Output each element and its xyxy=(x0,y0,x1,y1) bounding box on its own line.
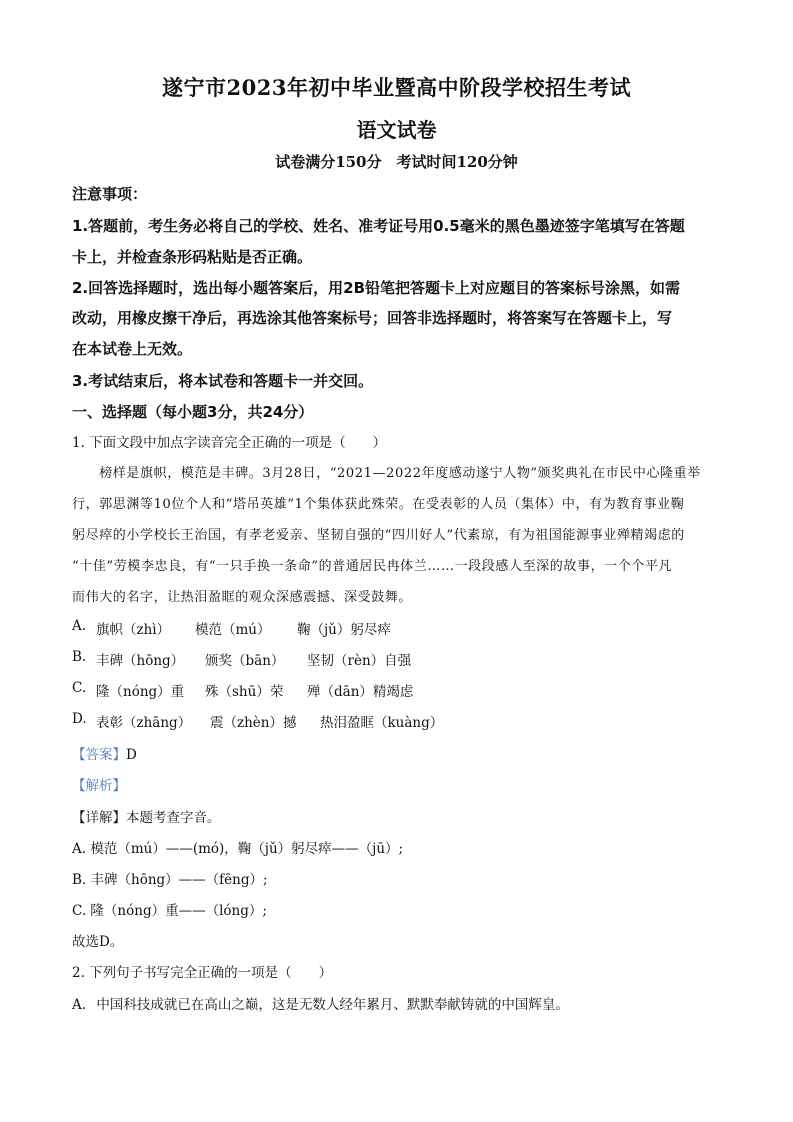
passage-line: 行，郭思渊等10位个人和“塔吊英雄”1个集体获此殊荣。在受表彰的人员（集体）中，… xyxy=(72,493,684,512)
option-item: 模范（mú） xyxy=(195,618,271,638)
option-label: D. xyxy=(72,711,87,727)
question-1-stem: 1. 下面文段中加点字读音完全正确的一项是（ ） xyxy=(72,431,386,451)
detail-line: C. 隆（nóng）重——（lóng）; xyxy=(72,899,267,919)
option-label: B. xyxy=(72,649,86,665)
option-label: A. xyxy=(72,618,86,634)
option-item: 旗帜（zhì） xyxy=(96,618,170,638)
detail-line: B. 丰碑（hōng）——（fēng）; xyxy=(72,868,268,888)
passage-line: “十佳”劳模李忠良，有“一只手换一条命”的普通居民冉体兰……一段段感人至深的故事… xyxy=(72,555,672,574)
passage-line: 躬尽瘁的小学校长王治国，有孝老爱亲、坚韧自强的“四川好人”代素琼，有为祖国能源事… xyxy=(72,524,685,543)
option-label: C. xyxy=(72,680,86,696)
answer-tag: 【答案】 xyxy=(72,747,126,763)
option-item: 隆（nóng）重 xyxy=(96,680,184,700)
analysis-tag: 【解析】 xyxy=(72,774,126,794)
option-item: 震（zhèn）撼 xyxy=(210,711,297,731)
option-item: 丰碑（hōng） xyxy=(96,649,184,669)
option-item: 鞠（jǔ）躬尽瘁 xyxy=(297,618,391,638)
notice-heading: 注意事项： xyxy=(72,183,147,204)
question-2-option-a: A. 中国科技成就已在高山之巅，这是无数人经年累月、默默奉献铸就的中国辉皇。 xyxy=(72,993,569,1013)
notice-item: 1.答题前，考生务必将自己的学校、姓名、准考证号用0.5毫米的黑色墨迹签字笔填写… xyxy=(72,215,685,236)
passage-line: 而伟大的名字，让热泪盈眶的观众深感震撼、深受鼓舞。 xyxy=(72,586,412,605)
exam-meta: 试卷满分150分 考试时间120分钟 xyxy=(0,151,793,172)
notice-item: 3.考试结束后，将本试卷和答题卡一并交回。 xyxy=(72,370,373,391)
option-item: 殚（dān）精竭虑 xyxy=(307,680,413,700)
option-item: 热泪盈眶（kuàng） xyxy=(320,711,443,731)
option-item: 表彰（zhāng） xyxy=(96,711,191,731)
notice-item: 2.回答选择题时，选出每小题答案后，用2B铅笔把答题卡上对应题目的答案标号涂黑，… xyxy=(72,277,680,298)
passage-line: 榜样是旗帜，模范是丰碑。3月28日，“2021—2022年度感动遂宁人物”颁奖典… xyxy=(72,462,701,481)
option-label: A. xyxy=(72,997,86,1013)
detail-line: 故选D。 xyxy=(72,930,123,950)
question-2-stem: 2. 下列句子书写完全正确的一项是（ ） xyxy=(72,961,332,981)
notice-item: 改动，用橡皮擦干净后，再选涂其他答案标号；回答非选择题时，将答案写在答题卡上，写 xyxy=(72,307,672,328)
exam-subtitle: 语文试卷 xyxy=(0,114,793,143)
exam-page: 遂宁市2023年初中毕业暨高中阶段学校招生考试 语文试卷 试卷满分150分 考试… xyxy=(0,0,793,1122)
option-item: 坚韧（rèn）自强 xyxy=(307,649,411,669)
answer-row: 【答案】D xyxy=(72,743,137,763)
notice-item: 在本试卷上无效。 xyxy=(72,338,192,359)
option-item: 颁奖（bān） xyxy=(205,649,284,669)
option-text: 中国科技成就已在高山之巅，这是无数人经年累月、默默奉献铸就的中国辉皇。 xyxy=(96,997,569,1013)
answer-value: D xyxy=(126,747,137,763)
notice-item: 卡上，并检查条形码粘贴是否正确。 xyxy=(72,246,312,267)
exam-title: 遂宁市2023年初中毕业暨高中阶段学校招生考试 xyxy=(0,72,793,102)
option-item: 殊（shū）荣 xyxy=(205,680,283,700)
detail-line: 【详解】本题考查字音。 xyxy=(72,806,221,826)
detail-line: A. 模范（mú）——(mó)，鞠（jǔ）躬尽瘁——（jū）; xyxy=(72,837,403,857)
section-heading: 一、选择题（每小题3分，共24分） xyxy=(72,401,313,422)
